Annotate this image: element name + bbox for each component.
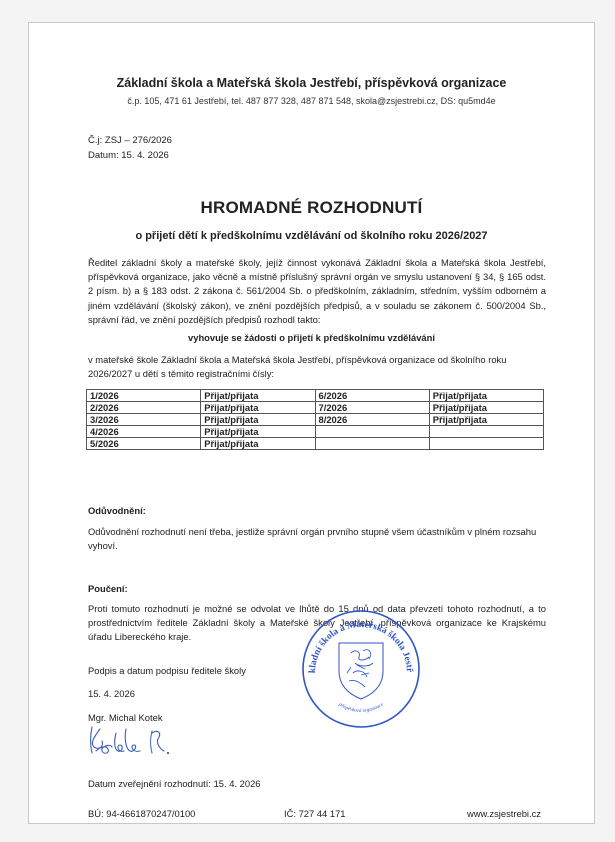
intro-line: 2 písm. b) a § 183 odst. 2 zákona č. 561… [88,284,546,298]
registration-table: 1/2026Přijat/přijata6/2026Přijat/přijata… [86,389,544,450]
intro-line: správní řád, ve znění pozdějších předpis… [88,313,546,327]
document-page: Základní škola a Mateřská škola Jestřebí… [28,22,595,824]
official-stamp: Základní škola a Mateřská škola Jestřebí… [299,607,423,731]
admission-status-cell: Přijat/přijata [429,402,543,414]
stamp-top-text: Základní škola a Mateřská škola Jestřebí [299,607,414,674]
signatory-name: Mgr. Michal Kotek [88,712,163,723]
registration-number-cell: 1/2026 [87,390,201,402]
registration-number-cell [315,438,429,450]
publication-date: Datum zveřejnění rozhodnutí: 15. 4. 2026 [88,778,261,789]
table-row: 4/2026Přijat/přijata [87,426,544,438]
organization-name: Základní škola a Mateřská škola Jestřebí… [29,76,594,90]
website-link[interactable]: www.zsjestrebi.cz [467,808,541,819]
svg-text:příspěvková organizace: příspěvková organizace [337,702,386,714]
admission-status-cell: Přijat/přijata [429,414,543,426]
admission-status-cell: Přijat/přijata [429,390,543,402]
organization-address: č.p. 105, 471 61 Jestřebí, tel. 487 877 … [29,96,594,106]
admission-status-cell: Přijat/přijata [201,414,315,426]
intro-line: Ředitel základní školy a mateřské školy,… [88,256,546,270]
document-subtitle: o přijetí dětí k předškolnímu vzdělávání… [29,230,594,242]
registration-number-cell [315,426,429,438]
decision-detail: v mateřské škole Základní škola a Mateřs… [88,353,546,381]
document-title: HROMADNÉ ROZHODNUTÍ [29,198,594,218]
registration-number-cell: 6/2026 [315,390,429,402]
registration-number-cell: 5/2026 [87,438,201,450]
registration-number-cell: 8/2026 [315,414,429,426]
instruction-heading: Poučení: [88,583,128,594]
justification-text: Odůvodnění rozhodnutí není třeba, jestli… [88,525,546,553]
admission-status-cell [429,426,543,438]
registration-number-cell: 4/2026 [87,426,201,438]
registration-number-cell: 3/2026 [87,414,201,426]
intro-paragraph: Ředitel základní školy a mateřské školy,… [88,256,546,327]
coat-of-arms-icon [339,643,383,699]
registration-number-cell: 7/2026 [315,402,429,414]
signature-label: Podpis a datum podpisu ředitele školy [88,665,246,676]
justification-heading: Odůvodnění: [88,505,146,516]
registration-number-cell: 2/2026 [87,402,201,414]
decision-statement: vyhovuje se žádosti o přijetí k předškol… [29,332,594,343]
signature-date: 15. 4. 2026 [88,688,135,699]
intro-line: jiném vzdělávání (školský zákon), ve zně… [88,299,546,313]
intro-line: příspěvková organizace, jako věcně a mís… [88,270,546,284]
stamp-bottom-text: příspěvková organizace [337,702,386,714]
admission-status-cell: Přijat/přijata [201,438,315,450]
table-row: 5/2026Přijat/přijata [87,438,544,450]
admission-status-cell: Přijat/přijata [201,390,315,402]
admission-status-cell [429,438,543,450]
table-row: 2/2026Přijat/přijata7/2026Přijat/přijata [87,402,544,414]
table-row: 1/2026Přijat/přijata6/2026Přijat/přijata [87,390,544,402]
admission-status-cell: Přijat/přijata [201,426,315,438]
table-row: 3/2026Přijat/přijata8/2026Přijat/přijata [87,414,544,426]
document-date: Datum: 15. 4. 2026 [88,150,169,161]
company-id: IČ: 727 44 171 [284,808,346,819]
bank-account: BÚ: 94-4661870247/0100 [88,808,195,819]
svg-text:Základní škola a Mateřská škol: Základní škola a Mateřská škola Jestřebí [299,607,414,674]
admission-status-cell: Přijat/přijata [201,402,315,414]
handwritten-signature [86,723,176,759]
case-number: Č.j: ZSJ – 276/2026 [88,135,172,146]
